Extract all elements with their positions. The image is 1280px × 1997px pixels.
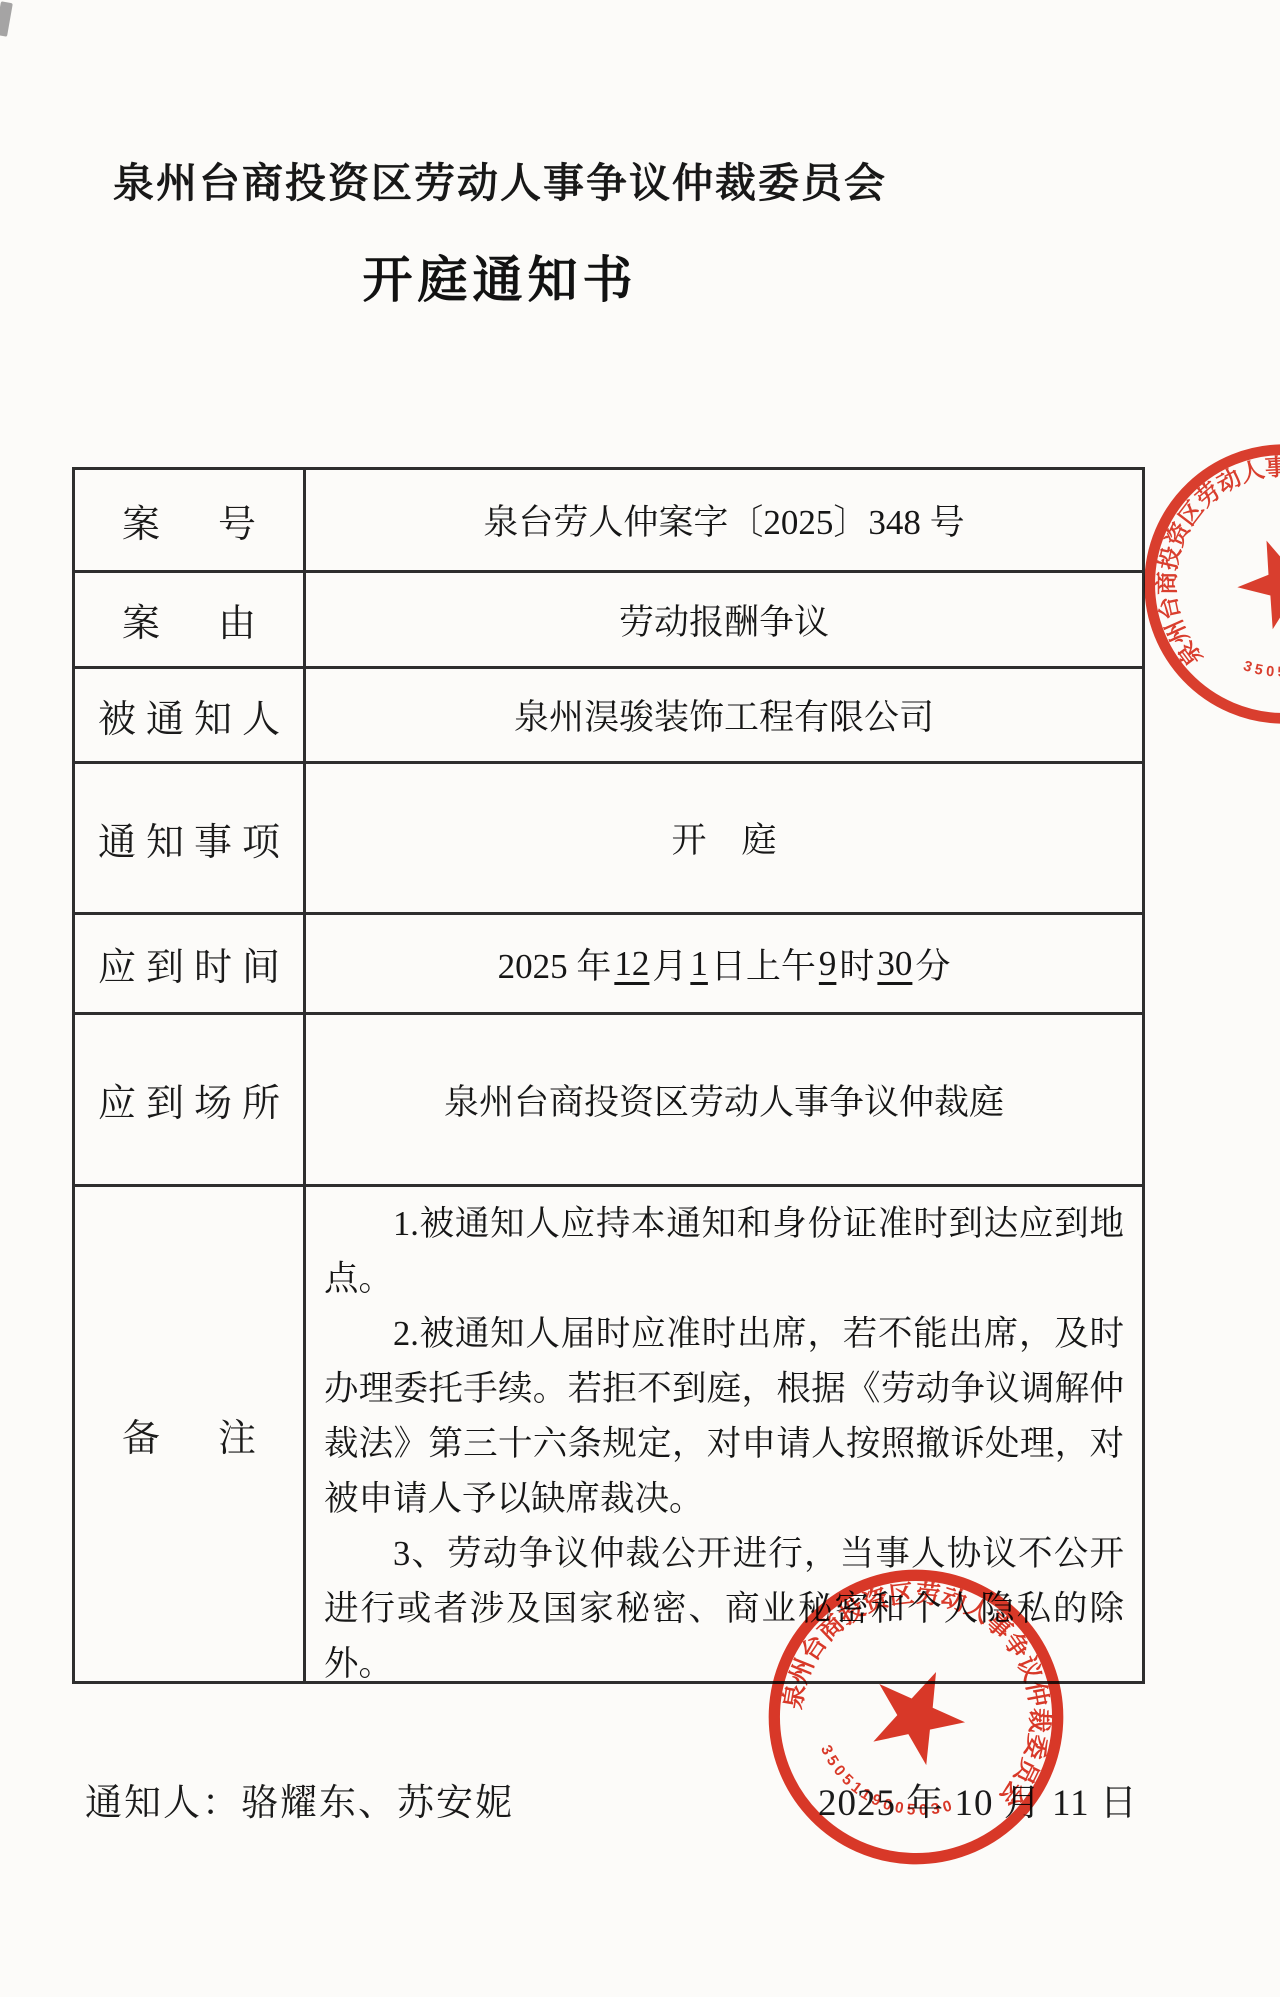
notice-matter-value: 开 庭	[306, 764, 1142, 912]
remark-paragraph: 3、劳动争议仲裁公开进行，当事人协议不公开进行或者涉及国家秘密、商业秘密和个人隐…	[324, 1527, 1124, 1692]
remark-paragraph: 2.被通知人届时应准时出席，若不能出席，及时办理委托手续。若拒不到庭，根据《劳动…	[324, 1307, 1124, 1527]
table-row-notice-matter: 通知事项 开 庭	[75, 761, 1142, 912]
time-blank-value: 30	[874, 944, 915, 984]
svg-text:3505119005030: 3505119005030	[1237, 607, 1280, 700]
seal-code-text: 3505119005030	[1237, 607, 1280, 700]
time-text: 2025 年	[498, 939, 612, 989]
appear-time-value: 2025 年 12 月 1 日上午 9 时 30 分	[306, 915, 1142, 1012]
committee-title: 泉州台商投资区劳动人事争议仲裁委员会	[0, 150, 1000, 209]
case-cause-value: 劳动报酬争议	[306, 573, 1142, 666]
appear-place-label: 应到场所	[75, 1015, 306, 1184]
time-text: 日上午	[711, 939, 816, 989]
scan-artifact	[0, 1, 13, 37]
time-text: 分	[915, 939, 950, 989]
document-title: 开庭通知书	[0, 240, 1000, 312]
time-blank-value: 1	[687, 944, 711, 984]
remarks-label: 备 注	[75, 1187, 306, 1681]
remarks-value: 1.被通知人应持本通知和身份证准时到达应到地点。2.被通知人届时应准时出席，若不…	[306, 1187, 1142, 1681]
notice-matter-label: 通知事项	[75, 764, 306, 912]
time-blank-value: 12	[611, 944, 652, 984]
remark-paragraph: 1.被通知人应持本通知和身份证准时到达应到地点。	[324, 1197, 1124, 1307]
notified-party-value: 泉州淏骏装饰工程有限公司	[306, 669, 1142, 761]
case-number-label: 案 号	[75, 470, 306, 570]
table-row-case-cause: 案 由 劳动报酬争议	[75, 570, 1142, 666]
time-text: 月	[652, 939, 687, 989]
table-row-notified-party: 被通知人 泉州淏骏装饰工程有限公司	[75, 666, 1142, 761]
appear-time-label: 应到时间	[75, 915, 306, 1012]
case-number-value: 泉台劳人仲案字〔2025〕348 号	[306, 470, 1142, 570]
table-row-appear-time: 应到时间 2025 年 12 月 1 日上午 9 时 30 分	[75, 912, 1142, 1012]
time-text: 时	[839, 939, 874, 989]
notifier-line: 通知人：骆耀东、苏安妮	[85, 1772, 514, 1826]
star-icon	[1225, 524, 1280, 636]
table-row-appear-place: 应到场所 泉州台商投资区劳动人事争议仲裁庭	[75, 1012, 1142, 1184]
table-row-case-number: 案 号 泉台劳人仲案字〔2025〕348 号	[75, 470, 1142, 570]
notified-party-label: 被通知人	[75, 669, 306, 761]
notice-table: 案 号 泉台劳人仲案字〔2025〕348 号 案 由 劳动报酬争议 被通知人 泉…	[72, 467, 1145, 1684]
document-page: 泉州台商投资区劳动人事争议仲裁委员会 开庭通知书 案 号 泉台劳人仲案字〔202…	[0, 0, 1280, 1997]
time-blank-value: 9	[816, 944, 840, 984]
issue-date: 2025 年 10 月 11 日	[818, 1772, 1138, 1826]
table-row-remarks: 备 注 1.被通知人应持本通知和身份证准时到达应到地点。2.被通知人届时应准时出…	[75, 1184, 1142, 1681]
case-cause-label: 案 由	[75, 573, 306, 666]
appear-place-value: 泉州台商投资区劳动人事争议仲裁庭	[306, 1015, 1142, 1184]
